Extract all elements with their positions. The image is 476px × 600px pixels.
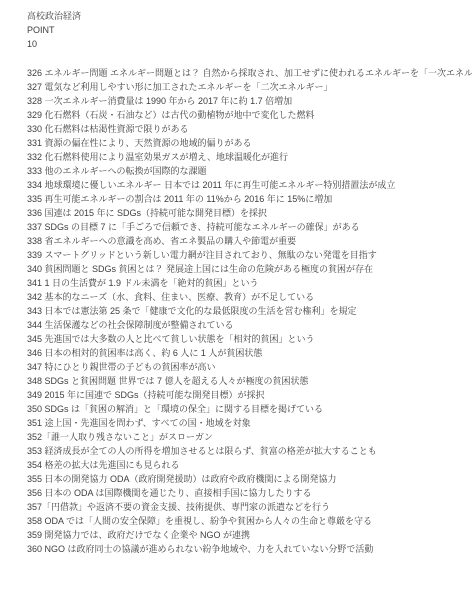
- document-header: 高校政治経済 POINT 10: [27, 9, 466, 51]
- note-line: 350 SDGs は「貧困の解消」と「環境の保全」に関する目標を掲げている: [27, 402, 472, 416]
- note-line: 334 地球環境に優しいエネルギー 日本では 2011 年に再生可能エネルギー特…: [27, 178, 472, 192]
- note-line: 355 日本の開発協力 ODA（政府開発援助）は政府や政府機関による開発協力: [27, 472, 472, 486]
- note-line: 356 日本の ODA は国際機関を通じたり、直接相手国に協力したりする: [27, 486, 472, 500]
- note-line: 345 先進国では大多数の人と比べて貧しい状態を「相対的貧困」という: [27, 332, 472, 346]
- note-line: 339 スマートグリッドという新しい電力網が注目されており、無駄のない発電を目指…: [27, 248, 472, 262]
- note-line: 340 貧困問題と SDGs 貧困とは？ 発展途上国には生命の危険がある極度の貧…: [27, 262, 472, 276]
- point-label: POINT: [27, 23, 466, 37]
- note-line: 332 化石燃料使用により温室効果ガスが増え、地球温暖化が進行: [27, 150, 472, 164]
- note-line: 333 他のエネルギーへの転換が国際的な課題: [27, 164, 472, 178]
- note-line: 358 ODA では「人間の安全保障」を重視し、紛争や貧困から人々の生命と尊厳を…: [27, 514, 472, 528]
- note-line: 338 省エネルギーへの意識を高め、省エネ製品の購入や節電が重要: [27, 234, 472, 248]
- note-line: 343 日本では憲法第 25 条で「健康で文化的な最低限度の生活を営む権利」を規…: [27, 304, 472, 318]
- note-line: 329 化石燃料（石炭・石油など）は古代の動植物が地中で変化した燃料: [27, 108, 472, 122]
- note-line: 330 化石燃料は枯渇性資源で限りがある: [27, 122, 472, 136]
- note-line: 337 SDGs の目標 7 に「手ごろで信頼でき、持続可能なエネルギーの確保」…: [27, 220, 472, 234]
- note-line: 349 2015 年に国連で SDGs（持続可能な開発目標）が採択: [27, 388, 472, 402]
- note-line: 353 経済成長が全ての人の所得を増加させるとは限らず、貧富の格差が拡大すること…: [27, 444, 472, 458]
- note-line: 348 SDGs と貧困問題 世界では 7 億人を超える人々が極度の貧困状態: [27, 374, 472, 388]
- note-line: 360 NGO は政府同士の協議が進められない紛争地域や、力を入れていない分野で…: [27, 542, 472, 556]
- note-line: 344 生活保護などの社会保障制度が整備されている: [27, 318, 472, 332]
- note-line: 347 特にひとり親世帯の子どもの貧困率が高い: [27, 360, 472, 374]
- note-line: 341 1 日の生活費が 1.9 ドル未満を「絶対的貧困」という: [27, 276, 472, 290]
- note-line: 354 格差の拡大は先進国にも見られる: [27, 458, 472, 472]
- note-line: 326 エネルギー問題 エネルギー問題とは？ 自然から採取され、加工せずに使われ…: [27, 66, 472, 80]
- course-title: 高校政治経済: [27, 9, 466, 23]
- note-line: 357「円借款」や返済不要の資金支援、技術提供、専門家の派遣などを行う: [27, 500, 472, 514]
- note-line: 336 国連は 2015 年に SDGs（持続可能な開発目標）を採択: [27, 206, 472, 220]
- note-line: 352「誰一人取り残さないこと」がスローガン: [27, 430, 472, 444]
- note-line: 328 一次エネルギー消費量は 1990 年から 2017 年に約 1.7 倍増…: [27, 94, 472, 108]
- note-line: 331 資源の偏在性により、天然資源の地域的偏りがある: [27, 136, 472, 150]
- point-number: 10: [27, 37, 466, 51]
- note-line: 342 基本的なニーズ（水、食料、住まい、医療、教育）が不足している: [27, 290, 472, 304]
- note-line: 351 途上国・先進国を問わず、すべての国・地域を対象: [27, 416, 472, 430]
- document-page: 高校政治経済 POINT 10 326 エネルギー問題 エネルギー問題とは？ 自…: [0, 0, 476, 600]
- note-line: 335 再生可能エネルギーの割合は 2011 年の 11%から 2016 年に …: [27, 192, 472, 206]
- notes-list: 326 エネルギー問題 エネルギー問題とは？ 自然から採取され、加工せずに使われ…: [27, 66, 472, 556]
- note-line: 359 開発協力では、政府だけでなく企業や NGO が連携: [27, 528, 472, 542]
- note-line: 346 日本の相対的貧困率は高く、約 6 人に 1 人が貧困状態: [27, 346, 472, 360]
- note-line: 327 電気など利用しやすい形に加工されたエネルギーを「二次エネルギー」: [27, 80, 472, 94]
